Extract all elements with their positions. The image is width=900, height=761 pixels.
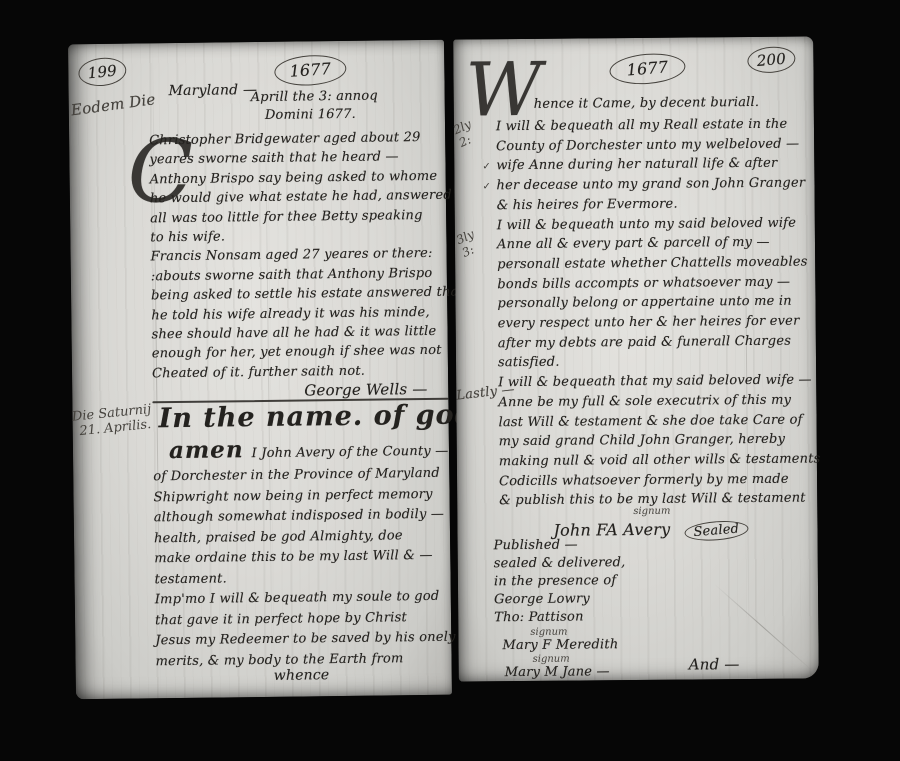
will-heading-amen: amen	[169, 436, 244, 464]
manuscript-page-right: W 1677 200 hence it Came, by decent buri…	[453, 36, 819, 681]
folio-number-badge: 199	[77, 56, 128, 89]
manuscript-line: wife Anne during her naturall life & aft…	[496, 154, 810, 176]
manuscript-line: Codicills whatsoever formerly by me made	[499, 469, 813, 491]
manuscript-line: I will & bequeath unto my said beloved w…	[497, 213, 811, 235]
date-line: Domini 1677.	[265, 107, 356, 123]
manuscript-line: although somewhat indisposed in bodily —	[154, 505, 454, 529]
signum-label: signum	[633, 506, 670, 517]
manuscript-line: after my debts are paid & funerall Charg…	[498, 331, 812, 353]
manuscript-line: personally belong or appertaine unto me …	[497, 292, 811, 314]
year-badge-right: 1677	[608, 51, 686, 87]
deposition-text-block: Christopher Bridgewater aged about 29yea…	[149, 128, 448, 384]
folio-number-badge: 200	[746, 45, 796, 75]
manuscript-line: her decease unto my grand son John Grang…	[496, 174, 810, 196]
manuscript-line: all was too little for thee Betty speaki…	[150, 205, 446, 228]
witness-attestation-block: Published —sealed & delivered,in the pre…	[494, 535, 715, 627]
manuscript-line: George Lowry	[494, 589, 714, 609]
date-line: Aprill the 3: annoq	[251, 89, 378, 106]
manuscript-line: Tho: Pattison	[494, 607, 714, 627]
will-text-block: of Dorchester in the Province of Marylan…	[153, 464, 455, 673]
margin-note-eodem-die: Eodem Die	[70, 90, 157, 119]
signum-label: signum	[530, 627, 567, 638]
manuscript-line: Anne all & every part & parcell of my —	[497, 233, 811, 255]
manuscript-line: my said grand Child John Granger, hereby	[499, 430, 813, 452]
manuscript-line: personall estate whether Chattells movea…	[497, 252, 811, 274]
will-opening-line: amen I John Avery of the County —	[169, 434, 449, 464]
witness-signature: Mary M Jane —	[505, 664, 610, 680]
year-badge-left: 1677	[273, 53, 347, 88]
catchword-left: whence	[274, 667, 330, 684]
margin-note-thirdly: 3ly 3:	[454, 227, 482, 260]
catchword-right: And —	[689, 655, 740, 673]
deponent-signature: George Wells —	[304, 380, 427, 400]
manuscript-line: I will & bequeath all my Reall estate in…	[496, 114, 810, 136]
manuscript-line: Jesus my Redeemer to be saved by his one…	[155, 628, 455, 652]
manuscript-line: Published —	[494, 535, 714, 555]
manuscript-line: making null & void all other wills & tes…	[499, 449, 813, 471]
place-heading: Maryland —	[168, 82, 257, 99]
manuscript-line: in the presence of	[494, 571, 714, 591]
manuscript-line: make ordaine this to be my last Will & —	[154, 546, 454, 570]
manuscript-line: enough for her, yet enough if shee was n…	[152, 341, 448, 364]
margin-note-saturday: Die Saturnij 21. Aprilis.	[71, 402, 153, 440]
opening-line: hence it Came, by decent buriall.	[534, 95, 760, 112]
scan-background: 199 Eodem Die Maryland — 1677 Aprill the…	[0, 0, 900, 761]
will-opening-rest: I John Avery of the County —	[252, 444, 449, 461]
marginal-tick-mark: ✓	[482, 181, 490, 192]
will-body-block: I will & bequeath all my Reall estate in…	[496, 114, 813, 511]
manuscript-line: I will & bequeath that my said beloved w…	[498, 371, 812, 393]
manuscript-line: satisfied.	[498, 351, 812, 373]
manuscript-line: last Will & testament & she doe take Car…	[498, 410, 812, 432]
manuscript-line: sealed & delivered,	[494, 553, 714, 573]
signum-label: signum	[533, 654, 570, 665]
manuscript-line: every respect unto her & her heires for …	[498, 311, 812, 333]
manuscript-line: Anne be my full & sole executrix of this…	[498, 390, 812, 412]
marginal-tick-mark: ✓	[482, 161, 490, 172]
manuscript-page-left: 199 Eodem Die Maryland — 1677 Aprill the…	[68, 40, 452, 700]
witness-signature: Mary F Meredith	[502, 637, 618, 653]
manuscript-line: & his heires for Evermore.	[497, 193, 811, 215]
manuscript-line: County of Dorchester unto my welbeloved …	[496, 134, 810, 156]
manuscript-line: bonds bills accompts or whatsoever may —	[497, 272, 811, 294]
manuscript-line: Imp'mo I will & bequeath my soule to god	[155, 587, 455, 611]
